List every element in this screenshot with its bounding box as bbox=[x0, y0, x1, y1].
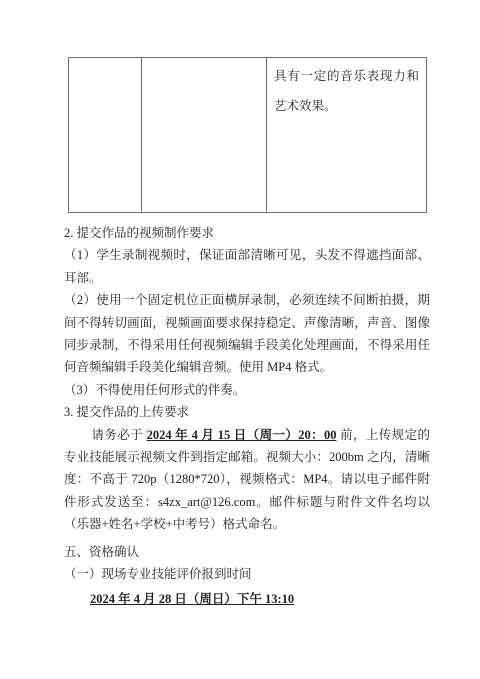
upload-text-pre: 请务必于 bbox=[92, 428, 147, 442]
table-cell-empty-1 bbox=[69, 58, 142, 213]
checkin-datetime: 2024 年 4 月 28 日（周日）下午 13:10 bbox=[90, 588, 430, 610]
heading-upload-requirements: 3. 提交作品的上传要求 bbox=[64, 401, 430, 423]
paragraph-requirement-3: （3）不得使用任何形式的伴奏。 bbox=[64, 379, 430, 401]
heading-qualification-confirmation: 五、资格确认 bbox=[64, 541, 430, 563]
table-row: 具有一定的音乐表现力和艺术效果。 bbox=[69, 58, 427, 213]
paragraph-upload-instructions: 请务必于 2024 年 4 月 15 日（周一）20：00 前，上传规定的专业技… bbox=[64, 424, 430, 536]
paragraph-requirement-1: （1）学生录制视频时，保证面部清晰可见，头发不得遮挡面部、耳部。 bbox=[64, 244, 430, 289]
document-page: 具有一定的音乐表现力和艺术效果。 2. 提交作品的视频制作要求 （1）学生录制视… bbox=[0, 0, 480, 679]
upload-text-post: 前，上传规定的专业技能展示视频文件到指定邮箱。视频大小：200bm 之内，清晰度… bbox=[64, 428, 430, 532]
requirements-table: 具有一定的音乐表现力和艺术效果。 bbox=[68, 57, 427, 213]
upload-deadline: 2024 年 4 月 15 日（周一）20：00 bbox=[147, 428, 337, 442]
heading-checkin-time: （一）现场专业技能评价报到时间 bbox=[64, 563, 430, 585]
document-body: 2. 提交作品的视频制作要求 （1）学生录制视频时，保证面部清晰可见，头发不得遮… bbox=[64, 222, 430, 610]
table-cell-empty-2 bbox=[142, 58, 267, 213]
paragraph-requirement-2: （2）使用一个固定机位正面横屏录制，必须连续不间断拍摄，期间不得转切画面，视频画… bbox=[64, 289, 430, 379]
heading-video-production-requirements: 2. 提交作品的视频制作要求 bbox=[64, 222, 430, 244]
table-cell-music-expression: 具有一定的音乐表现力和艺术效果。 bbox=[267, 58, 427, 213]
